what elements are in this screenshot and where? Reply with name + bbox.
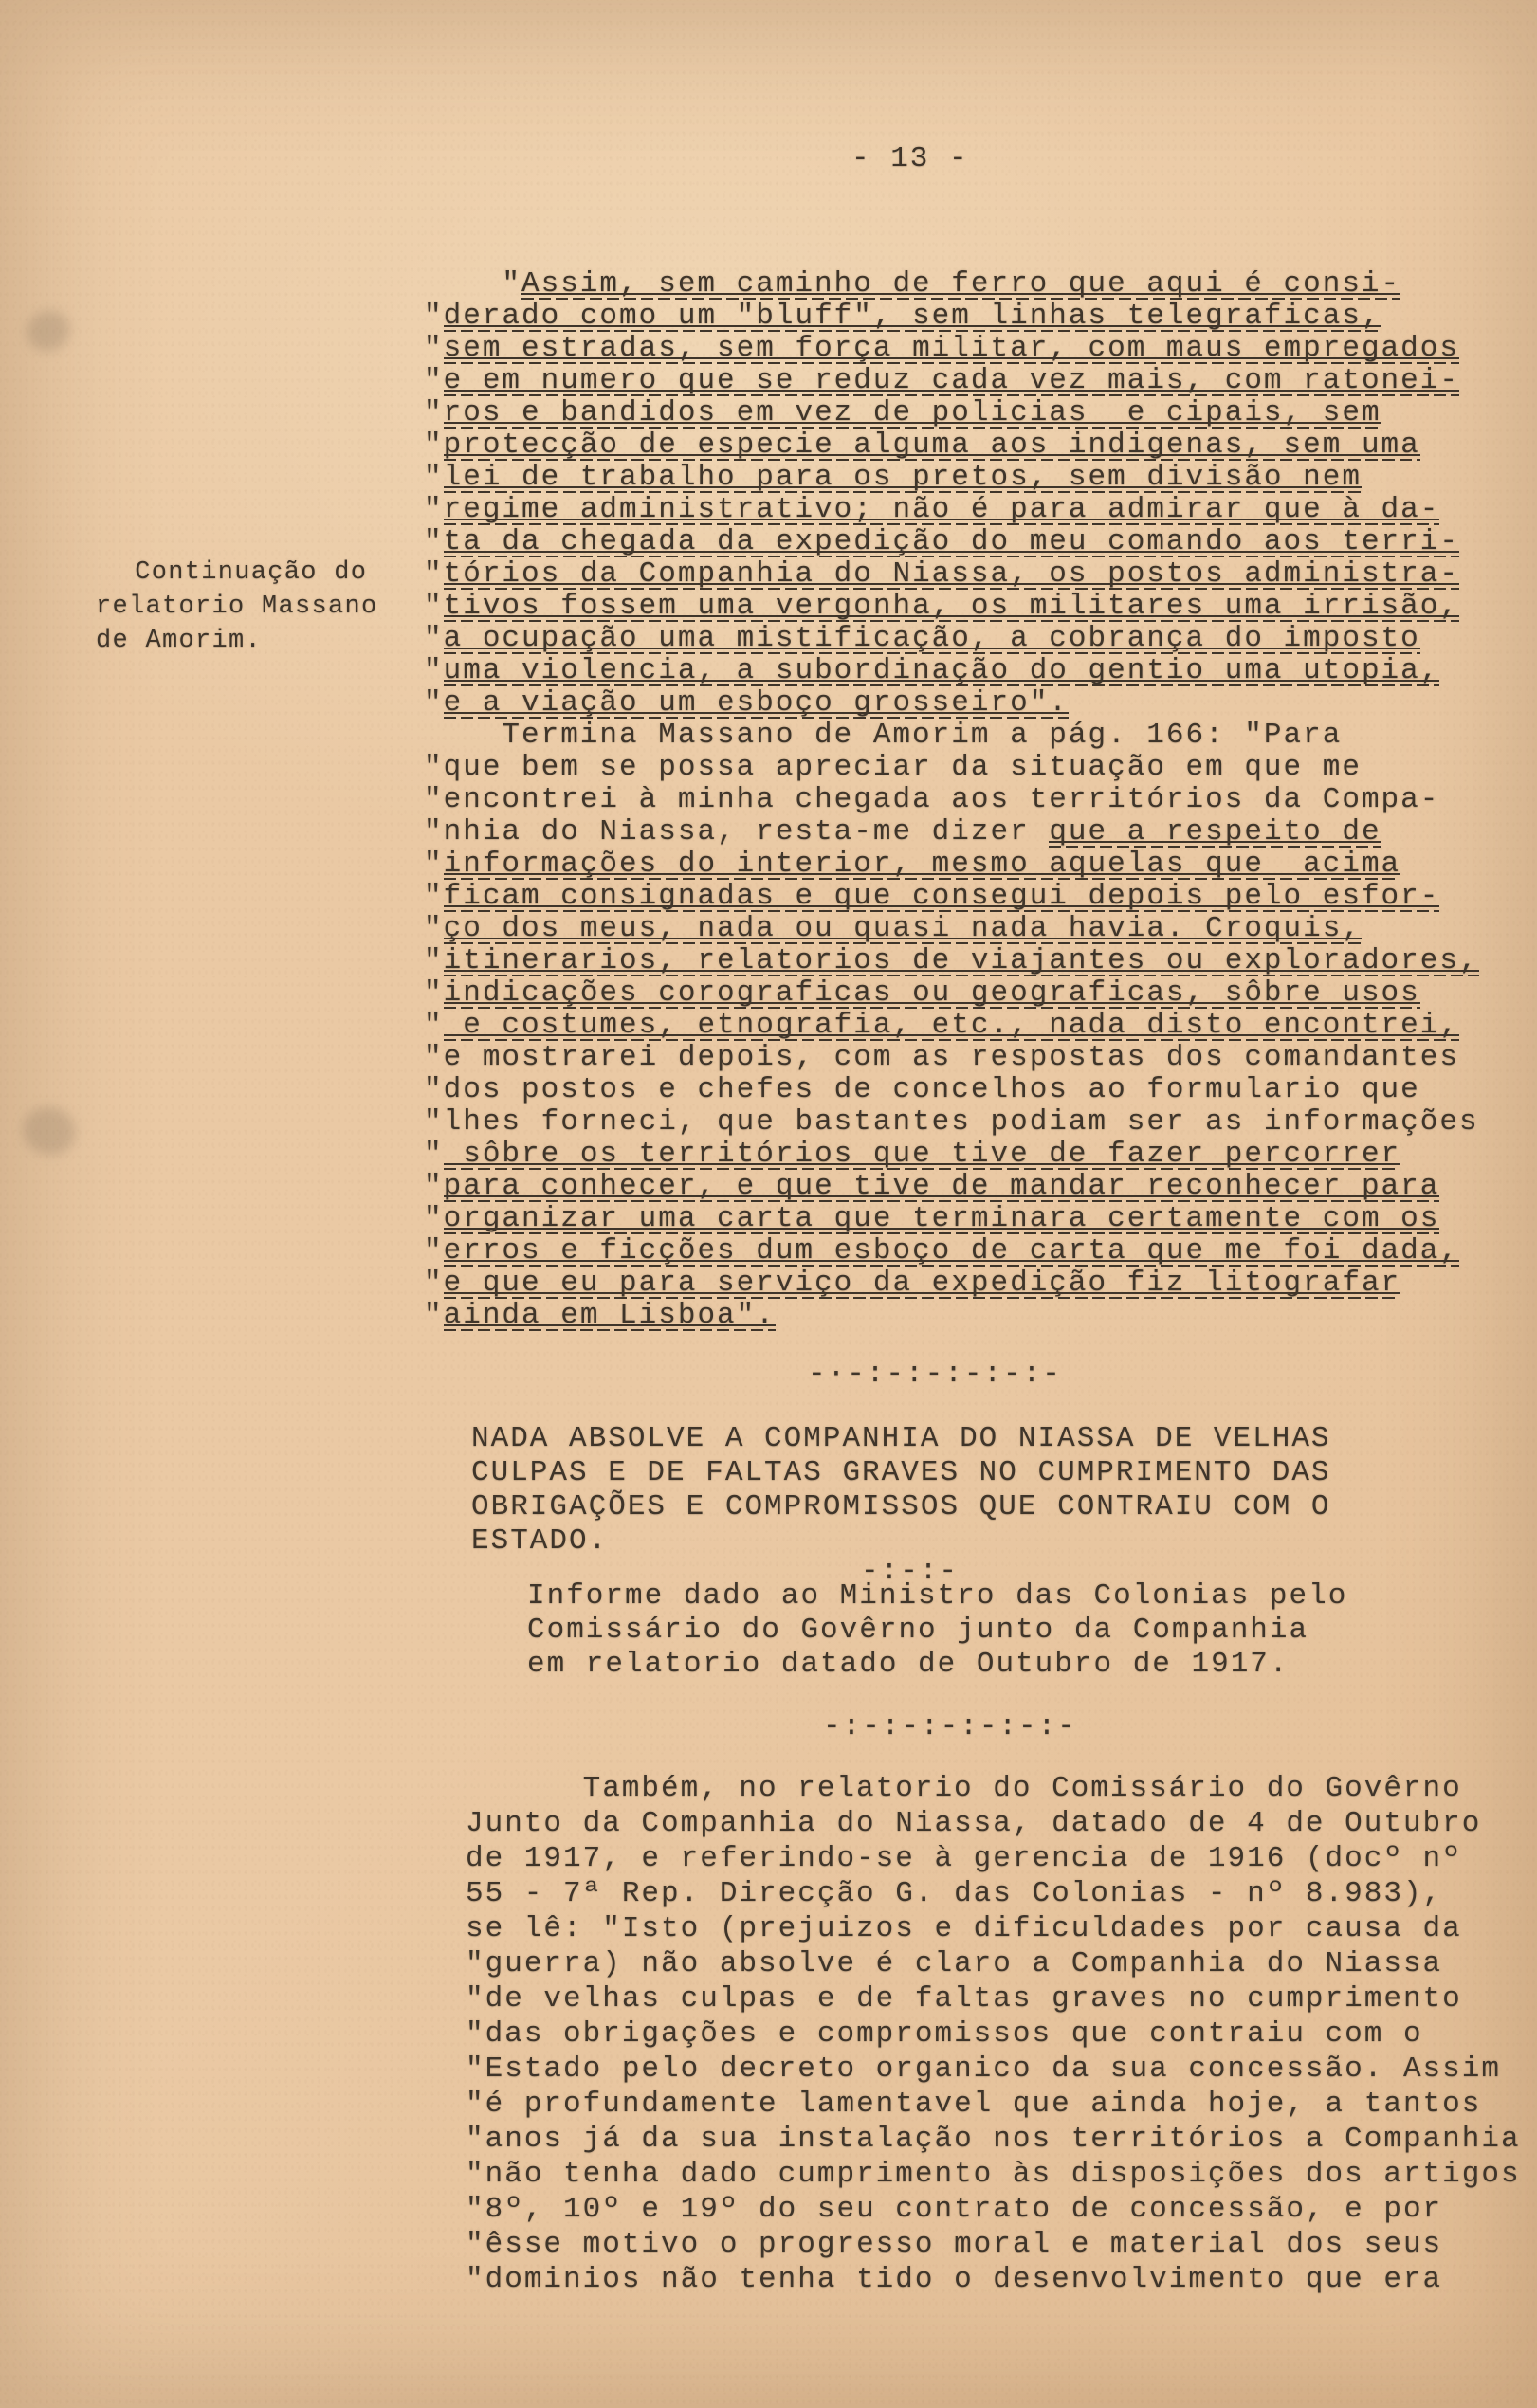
text-line: "de velhas culpas e de faltas graves no …: [466, 1981, 1521, 2016]
text-segment: ": [424, 364, 444, 397]
text-segment: ": [424, 1009, 444, 1042]
text-line: "não tenha dado cumprimento às disposiçõ…: [466, 2157, 1521, 2192]
text-segment: ": [424, 1105, 444, 1139]
underlined-text: Assim, sem caminho de ferro que aqui é c…: [521, 267, 1400, 301]
text-segment: ": [466, 2017, 485, 2051]
text-line: " e costumes, etnografia, etc., nada dis…: [424, 1010, 1479, 1042]
text-segment: ESTADO.: [471, 1524, 608, 1558]
text-segment: ": [424, 848, 444, 881]
text-segment: Também, no relatorio do Comissário do Go…: [583, 1772, 1462, 1805]
underlined-text: protecção de especie alguma aos indigena…: [444, 429, 1420, 462]
text-segment: ": [424, 1170, 444, 1203]
text-segment: ": [424, 429, 444, 462]
termina-paragraph: Termina Massano de Amorim a pág. 166: "P…: [424, 720, 1479, 1332]
underlined-text: tivos fossem uma vergonha, os militares …: [444, 590, 1459, 623]
underlined-text: lei de trabalho para os pretos, sem divi…: [444, 461, 1362, 494]
text-line: "é profundamente lamentavel que ainda ho…: [466, 2087, 1521, 2122]
text-line: "e a viação um esboço grosseiro".: [424, 687, 1459, 720]
text-line: "a ocupação uma mistificação, a cobrança…: [424, 623, 1459, 655]
text-line: "ta da chegada da expedição do meu coman…: [424, 526, 1459, 558]
underlined-text: ço dos meus, nada ou quasi nada havia. C…: [444, 912, 1362, 945]
text-segment: ": [466, 2123, 485, 2156]
text-segment: ": [466, 1947, 485, 1980]
text-segment: ": [424, 1041, 444, 1074]
text-segment: ": [424, 493, 444, 526]
text-line: NADA ABSOLVE A COMPANHIA DO NIASSA DE VE…: [471, 1422, 1331, 1456]
text-segment: ": [424, 815, 444, 848]
underlined-text: organizar uma carta que terminara certam…: [444, 1202, 1440, 1235]
text-segment: ": [466, 2088, 485, 2121]
text-segment: ": [424, 1299, 444, 1332]
text-line: "lei de trabalho para os pretos, sem div…: [424, 462, 1459, 494]
text-segment: ": [424, 300, 444, 333]
text-segment: ": [424, 912, 444, 945]
text-segment: ": [424, 396, 444, 429]
text-segment: NADA ABSOLVE A COMPANHIA DO NIASSA DE VE…: [471, 1422, 1331, 1455]
text-segment: 55 - 7ª Rep. Direcção G. das Colonias - …: [466, 1877, 1442, 1910]
margin-note: Continuação dorelatorio Massanode Amorim…: [96, 556, 378, 658]
page-number: - 13 -: [851, 142, 969, 175]
text-segment: êsse motivo o progresso moral e material…: [485, 2228, 1443, 2261]
underlined-text: derado como um "bluff", sem linhas teleg…: [444, 300, 1381, 333]
underlined-text: ficam consignadas e que consegui depois …: [444, 880, 1440, 913]
text-segment: Estado pelo decreto organico da sua conc…: [485, 2052, 1501, 2086]
typed-separator: -:-:-:-:-:-:-: [823, 1710, 1077, 1743]
text-line: "dos postos e chefes de concelhos ao for…: [424, 1074, 1479, 1106]
text-line: Informe dado ao Ministro das Colonias pe…: [527, 1579, 1347, 1614]
text-segment: ": [424, 1267, 444, 1300]
underlined-text: que a respeito de: [1049, 815, 1381, 848]
text-line: "lhes forneci, que bastantes podiam ser …: [424, 1106, 1479, 1139]
text-segment: ": [502, 267, 521, 301]
typed-separator: -·-:-:-:-:-:-: [808, 1358, 1062, 1391]
text-line: Junto da Companhia do Niassa, datado de …: [466, 1806, 1521, 1841]
text-line: "informações do interior, mesmo aquelas …: [424, 848, 1479, 881]
text-line: "derado como um "bluff", sem linhas tele…: [424, 301, 1459, 333]
underlined-text: e a viação um esboço grosseiro".: [444, 686, 1069, 720]
text-segment: ": [424, 783, 444, 816]
underlined-text: e costumes, etnografia, etc., nada disto…: [444, 1009, 1459, 1042]
text-segment: das obrigações e compromissos que contra…: [485, 2017, 1423, 2051]
underlined-text: para conhecer, e que tive de mandar reco…: [444, 1170, 1440, 1203]
text-line: "uma violencia, a subordinação do gentio…: [424, 655, 1459, 687]
scanned-document-page: - 13 - Continuação dorelatorio Massanode…: [0, 0, 1537, 2408]
text-line: Termina Massano de Amorim a pág. 166: "P…: [424, 720, 1479, 752]
text-segment: ": [424, 686, 444, 720]
text-line: "organizar uma carta que terminara certa…: [424, 1203, 1479, 1235]
quote-block: "Assim, sem caminho de ferro que aqui é …: [424, 268, 1459, 720]
text-line: "ço dos meus, nada ou quasi nada havia. …: [424, 913, 1479, 945]
text-segment: em relatorio datado de Outubro de 1917.: [527, 1648, 1290, 1681]
underlined-text: itinerarios, relatorios de viajantes ou …: [444, 944, 1479, 977]
text-segment: ": [424, 1234, 444, 1268]
text-segment: de 1917, e referindo-se à gerencia de 19…: [466, 1842, 1462, 1875]
text-line: se lê: "Isto (prejuizos e dificuldades p…: [466, 1911, 1521, 1946]
underlined-text: indicações corograficas ou geograficas, …: [444, 976, 1420, 1010]
text-segment: ": [424, 557, 444, 591]
text-segment: que bem se possa apreciar da situação em…: [444, 751, 1362, 784]
underlined-text: erros e ficções dum esboço de carta que …: [444, 1234, 1459, 1268]
text-line: "para conhecer, e que tive de mandar rec…: [424, 1171, 1479, 1203]
text-segment: Comissário do Govêrno junto da Companhia: [527, 1614, 1308, 1647]
source-note: Informe dado ao Ministro das Colonias pe…: [527, 1579, 1347, 1682]
text-line: "nhia do Niassa, resta-me dizer que a re…: [424, 816, 1479, 848]
text-line: 55 - 7ª Rep. Direcção G. das Colonias - …: [466, 1876, 1521, 1911]
text-segment: ": [466, 2228, 485, 2261]
text-line: CULPAS E DE FALTAS GRAVES NO CUMPRIMENTO…: [471, 1456, 1331, 1490]
text-segment: anos já da sua instalação nos território…: [485, 2123, 1521, 2156]
text-line: "das obrigações e compromissos que contr…: [466, 2016, 1521, 2052]
text-line: "indicações corograficas ou geograficas,…: [424, 977, 1479, 1010]
text-segment: não tenha dado cumprimento às disposiçõe…: [485, 2158, 1521, 2191]
text-segment: dos postos e chefes de concelhos ao form…: [444, 1073, 1420, 1106]
underlined-text: ainda em Lisboa".: [444, 1299, 776, 1332]
text-line: "erros e ficções dum esboço de carta que…: [424, 1235, 1479, 1268]
text-line: "êsse motivo o progresso moral e materia…: [466, 2227, 1521, 2262]
text-segment: relatorio Massano: [96, 593, 378, 621]
underlined-text: tórios da Companhia do Niassa, os postos…: [444, 557, 1459, 591]
text-segment: se lê: "Isto (prejuizos e dificuldades p…: [466, 1912, 1462, 1945]
text-line: Continuação do: [96, 556, 378, 590]
underlined-text: sôbre os territórios que tive de fazer p…: [444, 1138, 1401, 1171]
text-line: "tivos fossem uma vergonha, os militares…: [424, 591, 1459, 623]
text-segment: ": [424, 880, 444, 913]
underlined-text: sem estradas, sem força militar, com mau…: [444, 332, 1459, 365]
text-segment: ": [424, 976, 444, 1010]
text-segment: e mostrarei depois, com as respostas dos…: [444, 1041, 1459, 1074]
text-line: "8º, 10º e 19º do seu contrato de conces…: [466, 2192, 1521, 2227]
text-segment: ": [424, 1073, 444, 1106]
text-line: "e mostrarei depois, com as respostas do…: [424, 1042, 1479, 1074]
text-segment: CULPAS E DE FALTAS GRAVES NO CUMPRIMENTO…: [471, 1456, 1331, 1489]
text-line: "Assim, sem caminho de ferro que aqui é …: [424, 268, 1459, 301]
text-segment: 8º, 10º e 19º do seu contrato de concess…: [485, 2193, 1443, 2226]
text-segment: ": [424, 622, 444, 655]
final-paragraph: Também, no relatorio do Comissário do Go…: [466, 1771, 1521, 2297]
text-segment: ": [424, 944, 444, 977]
text-segment: encontrei à minha chegada aos território…: [444, 783, 1440, 816]
text-line: "anos já da sua instalação nos territóri…: [466, 2122, 1521, 2157]
text-line: "ros e bandidos em vez de policias e cip…: [424, 397, 1459, 429]
text-line: de Amorim.: [96, 624, 378, 658]
text-line: ESTADO.: [471, 1524, 1331, 1559]
text-segment: ": [424, 1202, 444, 1235]
text-line: "ficam consignadas e que consegui depois…: [424, 881, 1479, 913]
text-line: "dominios não tenha tido o desenvolvimen…: [466, 2262, 1521, 2297]
text-segment: de velhas culpas e de faltas graves no c…: [485, 1982, 1462, 2016]
text-line: "encontrei à minha chegada aos territóri…: [424, 784, 1479, 816]
text-segment: ": [466, 2193, 485, 2226]
underlined-text: ta da chegada da expedição do meu comand…: [444, 525, 1459, 558]
text-segment: ": [466, 1982, 485, 2016]
text-segment: nhia do Niassa, resta-me dizer: [444, 815, 1050, 848]
underlined-text: regime administrativo; não é para admira…: [444, 493, 1440, 526]
text-segment: ": [424, 461, 444, 494]
underlined-text: uma violencia, a subordinação do gentio …: [444, 654, 1440, 687]
text-line: "e em numero que se reduz cada vez mais,…: [424, 365, 1459, 397]
smudge-mark: [17, 1102, 81, 1161]
text-line: de 1917, e referindo-se à gerencia de 19…: [466, 1841, 1521, 1876]
text-segment: ": [424, 590, 444, 623]
text-segment: lhes forneci, que bastantes podiam ser a…: [444, 1105, 1479, 1139]
text-segment: ": [424, 751, 444, 784]
text-segment: é profundamente lamentavel que ainda hoj…: [485, 2088, 1482, 2121]
text-line: "itinerarios, relatorios de viajantes ou…: [424, 945, 1479, 977]
text-segment: de Amorim.: [96, 627, 262, 655]
text-line: em relatorio datado de Outubro de 1917.: [527, 1648, 1347, 1682]
text-segment: ": [424, 332, 444, 365]
text-line: "guerra) não absolve é claro a Companhia…: [466, 1946, 1521, 1981]
underlined-text: e em numero que se reduz cada vez mais, …: [444, 364, 1459, 397]
smudge-mark: [21, 304, 76, 356]
text-segment: dominios não tenha tido o desenvolviment…: [485, 2263, 1443, 2296]
text-segment: Termina Massano de Amorim a pág. 166: "P…: [502, 719, 1342, 752]
text-line: "sem estradas, sem força militar, com ma…: [424, 333, 1459, 365]
summary-heading: NADA ABSOLVE A COMPANHIA DO NIASSA DE VE…: [471, 1422, 1331, 1559]
text-line: "regime administrativo; não é para admir…: [424, 494, 1459, 526]
text-line: "e que eu para serviço da expedição fiz …: [424, 1268, 1479, 1300]
text-segment: ": [424, 654, 444, 687]
text-line: "tórios da Companhia do Niassa, os posto…: [424, 558, 1459, 591]
text-line: "ainda em Lisboa".: [424, 1300, 1479, 1332]
text-line: "Estado pelo decreto organico da sua con…: [466, 2052, 1521, 2087]
text-segment: ": [466, 2263, 485, 2296]
text-line: "que bem se possa apreciar da situação e…: [424, 752, 1479, 784]
text-segment: OBRIGAÇÕES E COMPROMISSOS QUE CONTRAIU C…: [471, 1490, 1331, 1523]
text-line: "protecção de especie alguma aos indigen…: [424, 429, 1459, 462]
text-segment: Continuação do: [135, 558, 367, 587]
text-segment: ": [424, 1138, 444, 1171]
text-line: " sôbre os territórios que tive de fazer…: [424, 1139, 1479, 1171]
text-segment: ": [466, 2052, 485, 2086]
underlined-text: a ocupação uma mistificação, a cobrança …: [444, 622, 1420, 655]
underlined-text: informações do interior, mesmo aquelas q…: [444, 848, 1401, 881]
text-line: Comissário do Govêrno junto da Companhia: [527, 1614, 1347, 1648]
text-segment: ": [466, 2158, 485, 2191]
text-line: Também, no relatorio do Comissário do Go…: [466, 1771, 1521, 1806]
underlined-text: ros e bandidos em vez de policias e cipa…: [444, 396, 1381, 429]
underlined-text: e que eu para serviço da expedição fiz l…: [444, 1267, 1401, 1300]
text-segment: Junto da Companhia do Niassa, datado de …: [466, 1807, 1481, 1840]
text-segment: Informe dado ao Ministro das Colonias pe…: [527, 1579, 1347, 1613]
text-line: relatorio Massano: [96, 590, 378, 624]
text-line: OBRIGAÇÕES E COMPROMISSOS QUE CONTRAIU C…: [471, 1490, 1331, 1524]
text-segment: ": [424, 525, 444, 558]
text-segment: guerra) não absolve é claro a Companhia …: [485, 1947, 1443, 1980]
